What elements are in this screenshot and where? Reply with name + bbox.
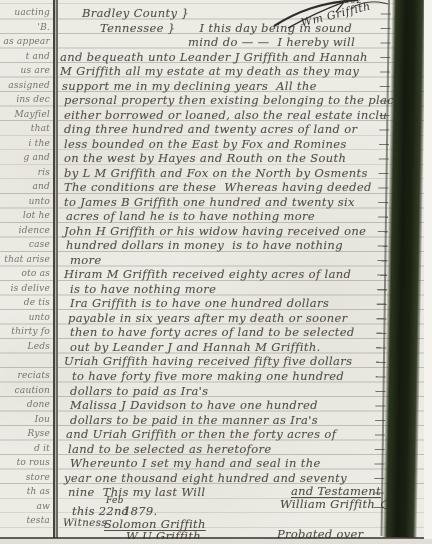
margin-fragment: d it bbox=[0, 444, 50, 454]
margin-fragment: Ryse bbox=[0, 429, 50, 439]
manuscript-line: The conditions are these Whereas having … bbox=[64, 180, 372, 194]
manuscript-line: dollars to be paid in the manner as Ira'… bbox=[70, 413, 318, 427]
margin-fragment: case bbox=[0, 240, 50, 250]
margin-fragment: that bbox=[0, 124, 50, 134]
manuscript-line: dollars to paid as Ira's bbox=[70, 384, 208, 398]
margin-fragment: Iou bbox=[0, 415, 50, 425]
margin-fragment: Leds bbox=[0, 342, 50, 352]
margin-fragment: that arise bbox=[0, 255, 50, 265]
scan-right-margin bbox=[424, 0, 432, 544]
margin-fragment: uacting bbox=[0, 8, 50, 18]
margin-fragment: g and bbox=[0, 153, 50, 163]
margin-fragment: assigned bbox=[0, 81, 50, 91]
date-prefix: this 22nd bbox=[72, 504, 129, 518]
manuscript-line: then to have forty acres of land to be s… bbox=[70, 325, 355, 339]
scan-bottom-margin bbox=[0, 539, 432, 544]
margin-fragment: unto bbox=[0, 313, 50, 323]
manuscript-line: either borrowed or loaned, also the real… bbox=[64, 108, 387, 122]
margin-fragment: caution bbox=[0, 386, 50, 396]
manuscript-line: Whereunto I set my hand and seal in the bbox=[70, 456, 321, 470]
margin-fragment: reciats bbox=[0, 371, 50, 381]
manuscript-line: less bounded on the East by Fox and Romi… bbox=[64, 137, 347, 151]
manuscript-line: Bradley County } bbox=[82, 6, 189, 20]
manuscript-line: and Uriah Griffith or then the forty acr… bbox=[66, 427, 336, 441]
manuscript-line: by L M Griffith and Fox on the North by … bbox=[64, 166, 368, 180]
margin-fragment: ris bbox=[0, 168, 50, 178]
manuscript-line: support me in my declining years All the bbox=[62, 79, 317, 93]
margin-fragment: thirty fo bbox=[0, 327, 50, 337]
manuscript-line: personal property then existing belongin… bbox=[64, 93, 401, 107]
margin-fragment: to rous bbox=[0, 458, 50, 468]
manuscript-line: ding three hundred and twenty acres of l… bbox=[64, 122, 357, 136]
witness-label: Witness bbox=[63, 517, 107, 529]
margin-vertical-rule bbox=[53, 0, 58, 538]
margin-fragment: de tis bbox=[0, 298, 50, 308]
manuscript-line: mind do — — I hereby will bbox=[188, 35, 355, 49]
date-year: 1879. bbox=[123, 504, 157, 518]
manuscript-line: acres of land he is to have nothing more bbox=[66, 209, 315, 223]
manuscript-line: on the west by Hayes and Routh on the So… bbox=[64, 151, 346, 165]
manuscript-line: is to have nothing more bbox=[70, 282, 216, 296]
margin-fragment: and bbox=[0, 182, 50, 192]
testament-phrase: and Testament bbox=[291, 484, 381, 498]
manuscript-line: nine This my last Will bbox=[68, 485, 205, 499]
manuscript-line: out by Leander J and Hannah M Griffith. bbox=[70, 340, 321, 354]
margin-fragment: is delive bbox=[0, 284, 50, 294]
manuscript-line: payable in six years after my death or s… bbox=[68, 311, 348, 325]
margin-fragment: ins dec bbox=[0, 95, 50, 105]
margin-fragment: lot he bbox=[0, 211, 50, 221]
scanned-will-page: uacting'B.as appeart andus areassignedin… bbox=[0, 0, 432, 544]
manuscript-line: M Griffith all my estate at my death as … bbox=[60, 64, 359, 78]
margin-fragment: store bbox=[0, 473, 50, 483]
testator-name: William Griffith bbox=[280, 497, 375, 511]
manuscript-line: land to be selected as heretofore bbox=[68, 442, 272, 456]
margin-fragment: unto bbox=[0, 197, 50, 207]
manuscript-line: Uriah Griffith having received fifty fiv… bbox=[64, 354, 352, 368]
margin-fragment: us are bbox=[0, 66, 50, 76]
margin-fragment: t and bbox=[0, 52, 50, 62]
manuscript-line: hundred dollars in money is to have noth… bbox=[66, 238, 343, 252]
margin-fragment: oto as bbox=[0, 269, 50, 279]
manuscript-line: Ira Griffith is to have one hundred doll… bbox=[70, 296, 329, 310]
margin-fragment: 'B. bbox=[0, 23, 50, 33]
manuscript-line: more bbox=[70, 253, 102, 267]
manuscript-line: year one thousand eight hundred and seve… bbox=[64, 471, 347, 485]
margin-fragment: th as bbox=[0, 487, 50, 497]
margin-fragment: done bbox=[0, 400, 50, 410]
margin-fragment: idence bbox=[0, 226, 50, 236]
manuscript-line: Hiram M Griffith received eighty acres o… bbox=[64, 267, 351, 281]
manuscript-line: to have forty five more making one hundr… bbox=[72, 369, 344, 383]
manuscript-line: John H Griffith or his widow having rece… bbox=[64, 224, 366, 238]
date-insert-feb: Feb bbox=[106, 496, 124, 506]
manuscript-line: and bequeath unto Leander J Griffith and… bbox=[60, 50, 368, 64]
margin-fragment: aw bbox=[0, 502, 50, 512]
margin-fragment: Mayfiel bbox=[0, 110, 50, 120]
margin-fragment: i the bbox=[0, 139, 50, 149]
manuscript-line: to James B Griffith one hundred and twen… bbox=[64, 195, 355, 209]
manuscript-line: Malissa J Davidson to have one hundred bbox=[70, 398, 318, 412]
margin-fragment: as appear bbox=[0, 37, 50, 47]
margin-fragment: testa bbox=[0, 516, 50, 526]
